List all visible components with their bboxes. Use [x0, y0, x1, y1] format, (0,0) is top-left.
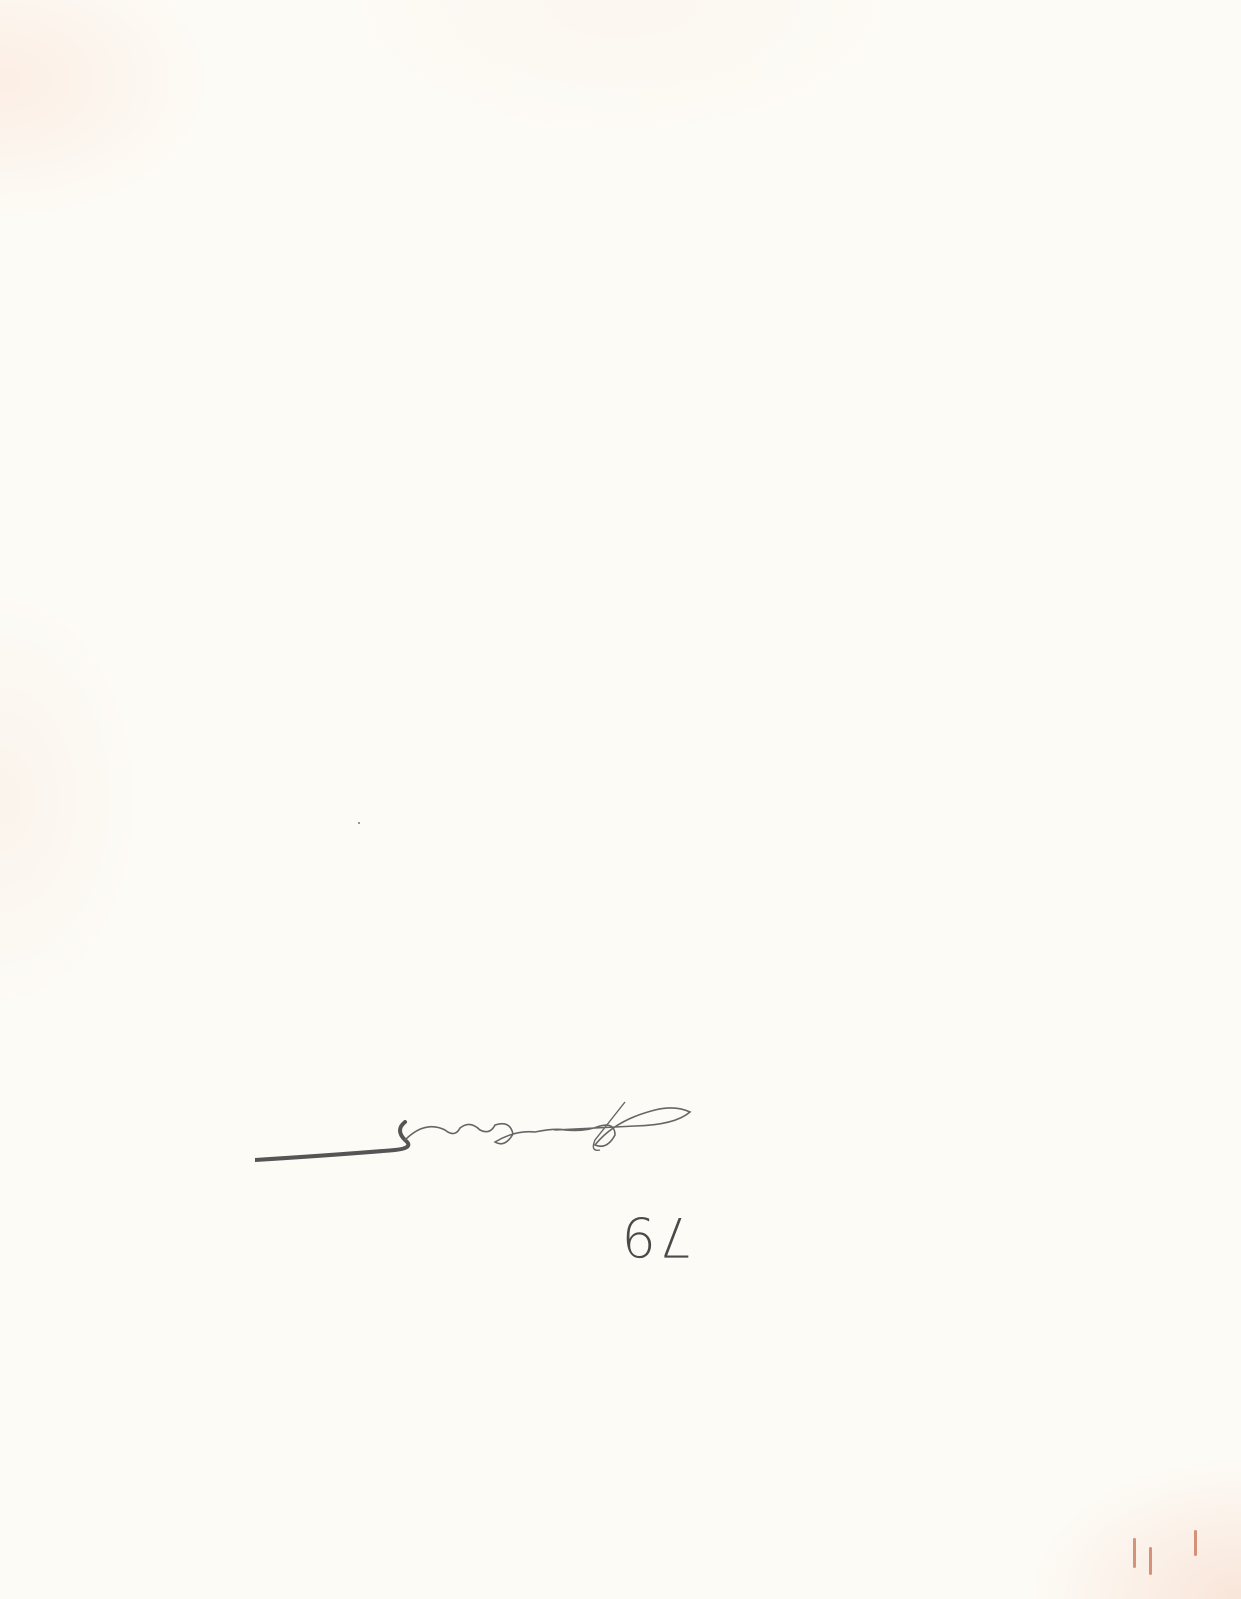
page-number: 79: [620, 1205, 693, 1268]
speck: [358, 822, 360, 824]
paper-background: [0, 0, 1241, 1599]
rust-stain: [1149, 1547, 1152, 1575]
rust-stain: [1133, 1538, 1136, 1568]
rust-stain: [1194, 1530, 1197, 1556]
pencil-signature: [255, 1100, 695, 1180]
